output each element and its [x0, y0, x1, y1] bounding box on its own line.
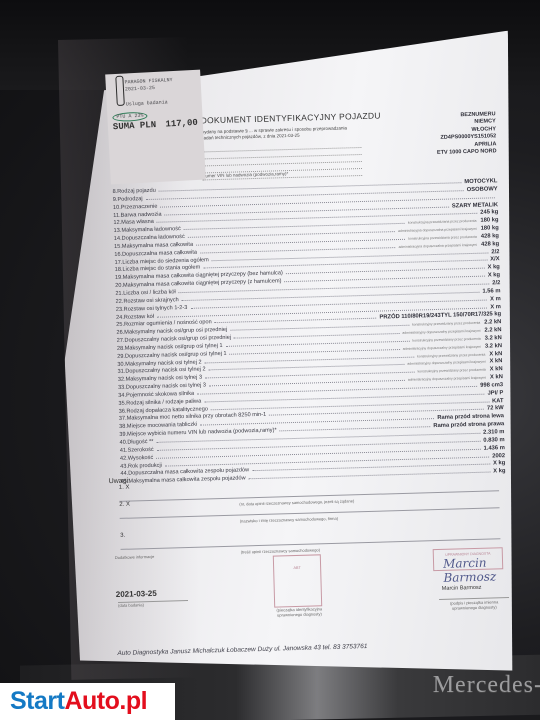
- receipt-total-label: SUMA PLN: [113, 120, 157, 133]
- document-title: DOKUMENT IDENTYFIKACYJNY POJAZDU: [200, 110, 380, 125]
- sill-brand-text: Mercedes-B: [433, 672, 540, 699]
- remark-caption: (treść opinii rzeczoznawcy samochodowego…: [241, 547, 320, 554]
- remark-line: 3.(treść opinii rzeczoznawcy samochodowe…: [120, 522, 500, 550]
- header-values: BEZNUMERU NIEMCY WŁOCHY ZD4PS0000YS15105…: [356, 111, 497, 159]
- station-stamp: ABT: [273, 554, 322, 607]
- remark-caption: (nazwisko i imię rzeczoznawcy samochodow…: [240, 516, 338, 524]
- startauto-watermark-logo: StartAuto.pl: [0, 683, 175, 720]
- document-fields: 8.Rodzaj pojazduMOTOCYKL9.PodrodzajOSOBO…: [112, 177, 505, 486]
- receipt-total-value: 117,00: [165, 118, 198, 131]
- diagnostician-name: Marcin Barmosz: [442, 585, 482, 592]
- issue-date-caption: (data badania): [118, 600, 188, 608]
- paperclip-icon: [115, 76, 125, 106]
- header-fields: Numer VIN lub nadwozia (podwozia,ramy)*: [201, 141, 362, 180]
- logo-part-start: Start: [10, 687, 64, 716]
- remark-item: 2. X: [119, 502, 130, 508]
- signature-caption: (podpis i pieczątka imienna uprawnionego…: [439, 597, 509, 611]
- logo-part-auto: Auto.pl: [64, 687, 147, 716]
- station-stamp-caption: (pieczątka identyfikacyjna uprawnionego …: [264, 606, 334, 618]
- receipt-line: Usluga badania: [126, 98, 197, 109]
- fiscal-receipt: PARAGON FISKALNY 2021-03-25 Usluga badan…: [105, 70, 206, 185]
- extra-info-label: Dodatkowe informacje: [115, 554, 155, 560]
- document-subtitle: wydany na podstawie § ... w sprawie zakr…: [201, 125, 351, 141]
- signature: Marcin Barmosz: [443, 555, 509, 585]
- remark-item: 3.: [120, 533, 125, 539]
- issue-date: 2021-03-25: [116, 589, 157, 599]
- remark-item: 1. X: [119, 485, 130, 491]
- remarks-section: Uwagi: 1. X(nr, data opinii rzeczoznawcy…: [109, 467, 501, 550]
